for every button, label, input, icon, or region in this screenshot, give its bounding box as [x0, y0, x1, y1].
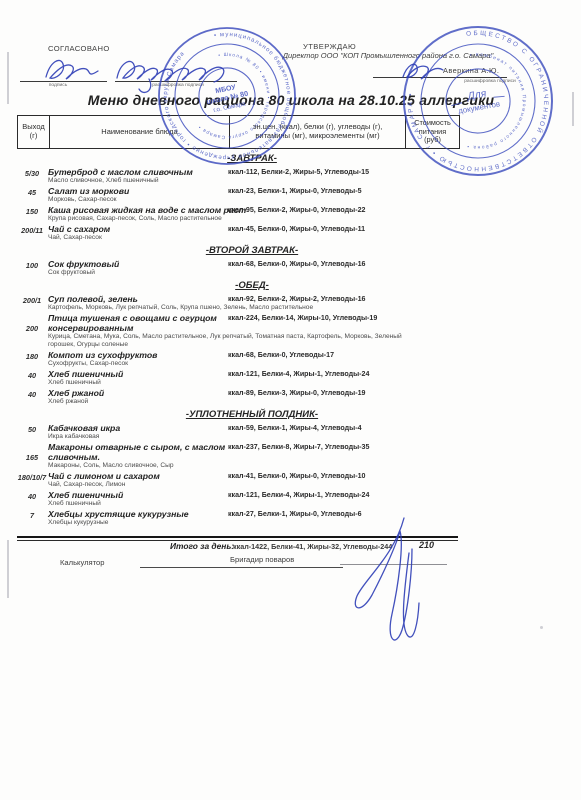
dish-ingredients: Крупа рисовая, Сахар-песок, Соль, Масло …	[48, 215, 458, 223]
dish-nutrition: ккал-89, Белки-3, Жиры-0, Углеводы-19	[228, 388, 404, 398]
total-rule-thin	[17, 540, 458, 541]
dish-nutrition: ккал-45, Белки-0, Жиры-0, Углеводы-11	[228, 224, 404, 234]
menu-body: -ЗАВТРАК-5/30Бутерброд с маслом сливочны…	[16, 150, 458, 528]
dish-nutrition: ккал-41, Белки-0, Жиры-0, Углеводы-10	[228, 471, 404, 481]
signature-ink-bottom-2	[403, 553, 419, 637]
calculator-label: Калькулятор	[60, 558, 104, 567]
dish-weight: 5/30	[16, 167, 48, 185]
header-col-weight: Выход (г)	[18, 116, 49, 148]
signature-line-left	[20, 81, 107, 82]
signature-ink-left-1	[46, 60, 98, 79]
dish-ingredients: Картофель, Морковь, Лук репчатый, Соль, …	[48, 304, 458, 312]
signature-caption: расшифровка подписи	[128, 83, 228, 88]
dish-nutrition: ккал-23, Белки-1, Жиры-0, Углеводы-5	[228, 186, 404, 196]
dish-name: Хлеб пшеничный	[48, 490, 228, 500]
signature-line-decoded	[115, 81, 237, 82]
menu-row: 45Салат из морковиккал-23, Белки-1, Жиры…	[16, 186, 458, 204]
dish-nutrition: ккал-237, Белки-8, Жиры-7, Углеводы-35	[228, 442, 404, 462]
dish-ingredients: Хлеб ржаной	[48, 398, 458, 406]
menu-row: 40Хлеб ржанойккал-89, Белки-3, Жиры-0, У…	[16, 388, 458, 406]
dish-weight: 150	[16, 205, 48, 223]
menu-row: 165Макароны отварные с сыром, с маслом с…	[16, 442, 458, 470]
total-label: Итого за день:	[170, 541, 234, 551]
dish-weight: 40	[16, 490, 48, 508]
dish-weight: 165	[16, 442, 48, 470]
dish-name: Чай с лимоном и сахаром	[48, 471, 228, 481]
section-title: -ЗАВТРАК-	[16, 153, 458, 165]
dish-name: Хлеб пшеничный	[48, 369, 228, 379]
dish-nutrition: ккал-112, Белки-2, Жиры-5, Углеводы-15	[228, 167, 404, 177]
page-title: Меню дневного рациона 80 школа на 28.10.…	[28, 92, 554, 108]
approved-label: УТВЕРЖДАЮ	[303, 42, 356, 51]
dish-name: Кабачковая икра	[48, 423, 228, 433]
dish-ingredients: Сухофрукты, Сахар-песок	[48, 360, 458, 368]
dish-weight: 200	[16, 313, 48, 349]
header-col-cost: Стоимость питания (руб)	[405, 116, 459, 148]
header-col-nutrition: эн.цен. (ккал), белки (г), углеводы (г),…	[229, 116, 405, 148]
dish-name: Хлебцы хрустящие кукурузные	[48, 509, 228, 519]
signature-caption: подпись	[28, 83, 88, 88]
chef-signature-line	[340, 564, 447, 565]
menu-table-header: Выход (г) Наименование блюда эн.цен. (кк…	[17, 115, 460, 149]
dish-weight: 7	[16, 509, 48, 527]
dish-name: Салат из моркови	[48, 186, 228, 196]
dish-weight: 180	[16, 350, 48, 368]
signature-line-right	[373, 77, 507, 78]
dish-weight: 40	[16, 369, 48, 387]
total-rule	[17, 536, 458, 538]
scan-artifact	[540, 626, 543, 629]
dish-nutrition: ккал-224, Белки-14, Жиры-10, Углеводы-19	[228, 313, 404, 333]
dish-ingredients: Масло сливочное, Хлеб пшеничный	[48, 177, 458, 185]
menu-row: 40Хлеб пшеничныйккал-121, Белки-4, Жиры-…	[16, 369, 458, 387]
total-cost: 210	[419, 540, 434, 550]
dish-weight: 100	[16, 259, 48, 277]
dish-ingredients: Сок фруктовый	[48, 269, 458, 277]
dish-weight: 45	[16, 186, 48, 204]
dish-name: Бутерброд с маслом сливочным	[48, 167, 228, 177]
calculator-signature-line	[140, 567, 343, 568]
dish-ingredients: Икра кабачковая	[48, 433, 458, 441]
scan-artifact	[7, 540, 9, 598]
header-col-dish: Наименование блюда	[49, 116, 229, 148]
dish-ingredients: Морковь, Сахар-песок	[48, 196, 458, 204]
menu-row: 7Хлебцы хрустящие кукурузныеккал-27, Бел…	[16, 509, 458, 527]
dish-ingredients: Хлеб пшеничный	[48, 379, 458, 387]
chef-label: Бригадир поваров	[230, 555, 294, 564]
director-name: Аверкина А.Ю.	[443, 66, 499, 75]
dish-nutrition: ккал-59, Белки-1, Жиры-4, Углеводы-4	[228, 423, 404, 433]
signature-ink-left-2	[117, 61, 224, 82]
dish-weight: 40	[16, 388, 48, 406]
dish-nutrition: ккал-121, Белки-4, Жиры-1, Углеводы-24	[228, 490, 404, 500]
menu-row: 150Каша рисовая жидкая на воде с маслом …	[16, 205, 458, 223]
dish-ingredients: Хлебцы кукурузные	[48, 519, 458, 527]
scan-artifact	[7, 52, 9, 104]
signature-caption: расшифровка подписи	[450, 79, 530, 84]
dish-ingredients: Макароны, Соль, Масло сливочное, Сыр	[48, 462, 458, 470]
dish-nutrition: ккал-68, Белки-0, Углеводы-17	[228, 350, 404, 360]
dish-name: Птица тушеная с овощами с огурцом консер…	[48, 313, 228, 333]
dish-ingredients: Курица, Сметана, Мука, Соль, Масло расти…	[48, 333, 458, 349]
section-title: -УПЛОТНЕННЫЙ ПОЛДНИК-	[16, 409, 458, 421]
dish-ingredients: Хлеб пшеничный	[48, 500, 458, 508]
dish-name: Макароны отварные с сыром, с маслом слив…	[48, 442, 228, 462]
dish-name: Суп полевой, зелень	[48, 294, 228, 304]
scanned-menu-document: СОГЛАСОВАНО УТВЕРЖДАЮ Директор ООО "КОП …	[0, 0, 581, 800]
total-nutrition: ккал-1422, Белки-41, Жиры-32, Углеводы-2…	[233, 542, 392, 551]
dish-nutrition: ккал-95, Белки-2, Жиры-0, Углеводы-22	[228, 205, 404, 215]
dish-weight: 180/10/7	[16, 471, 48, 489]
menu-row: 180Компот из сухофруктовккал-68, Белки-0…	[16, 350, 458, 368]
menu-row: 100Сок фруктовыйккал-68, Белки-0, Жиры-0…	[16, 259, 458, 277]
menu-row: 200/1Суп полевой, зеленьккал-92, Белки-2…	[16, 294, 458, 312]
dish-weight: 200/11	[16, 224, 48, 242]
dish-name: Чай с сахаром	[48, 224, 228, 234]
dish-weight: 50	[16, 423, 48, 441]
agreed-label: СОГЛАСОВАНО	[48, 44, 110, 53]
menu-row: 5/30Бутерброд с маслом сливочнымккал-112…	[16, 167, 458, 185]
menu-row: 180/10/7Чай с лимоном и сахаромккал-41, …	[16, 471, 458, 489]
dish-nutrition: ккал-27, Белки-1, Жиры-0, Углеводы-6	[228, 509, 404, 519]
dish-ingredients: Чай, Сахар-песок, Лимон	[48, 481, 458, 489]
menu-row: 200/11Чай с сахаромккал-45, Белки-0, Жир…	[16, 224, 458, 242]
director-title: Директор ООО "КОП Промышленного района г…	[238, 51, 538, 60]
scan-artifact	[572, 92, 574, 126]
menu-row: 50Кабачковая икраккал-59, Белки-1, Жиры-…	[16, 423, 458, 441]
dish-weight: 200/1	[16, 294, 48, 312]
dish-ingredients: Чай, Сахар-песок	[48, 234, 458, 242]
menu-row: 200Птица тушеная с овощами с огурцом кон…	[16, 313, 458, 349]
section-title: -ВТОРОЙ ЗАВТРАК-	[16, 245, 458, 257]
dish-nutrition: ккал-121, Белки-4, Жиры-1, Углеводы-24	[228, 369, 404, 379]
dish-name: Хлеб ржаной	[48, 388, 228, 398]
menu-row: 40Хлеб пшеничныйккал-121, Белки-4, Жиры-…	[16, 490, 458, 508]
dish-nutrition: ккал-68, Белки-0, Жиры-0, Углеводы-16	[228, 259, 404, 269]
section-title: -ОБЕД-	[16, 280, 458, 292]
dish-name: Сок фруктовый	[48, 259, 228, 269]
dish-nutrition: ккал-92, Белки-2, Жиры-2, Углеводы-16	[228, 294, 404, 304]
dish-name: Каша рисовая жидкая на воде с маслом рас…	[48, 205, 228, 215]
dish-name: Компот из сухофруктов	[48, 350, 228, 360]
